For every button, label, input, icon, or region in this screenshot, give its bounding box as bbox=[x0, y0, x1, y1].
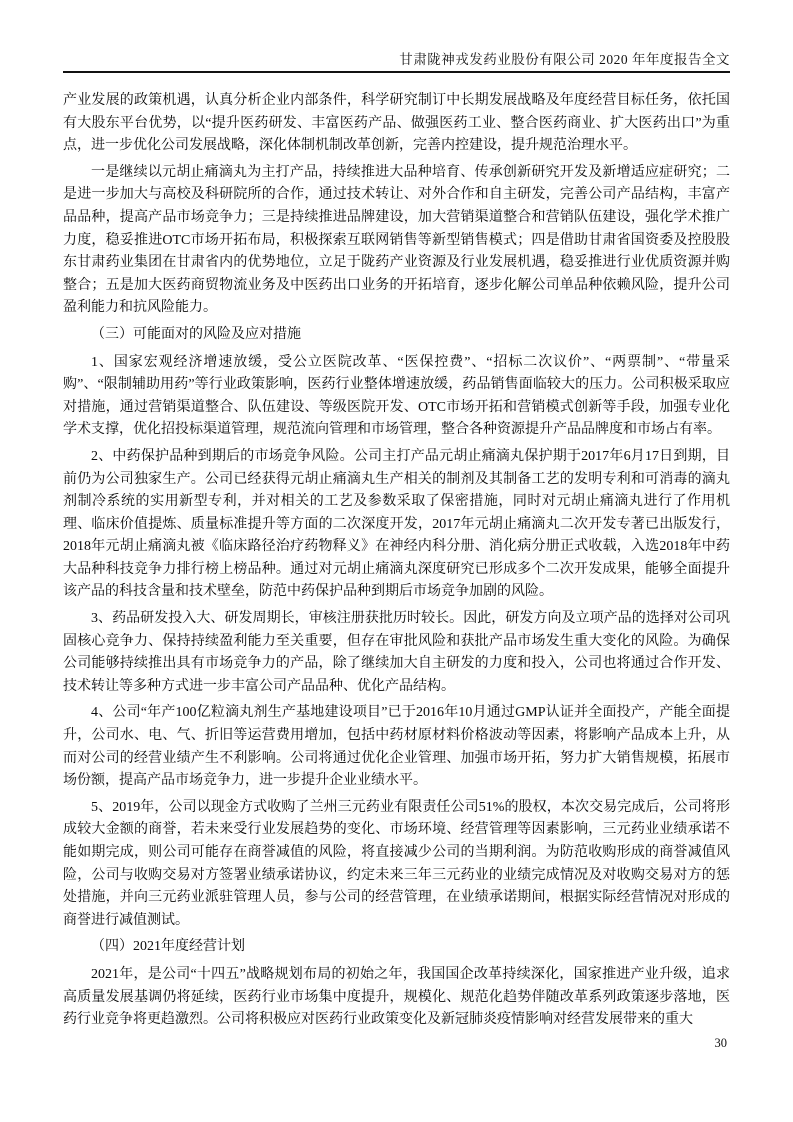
document-body: 产业发展的政策机遇，认真分析企业内部条件，科学研究制订中长期发展战略及年度经营目… bbox=[63, 90, 730, 1036]
section-heading-risks: （三）可能面对的风险及应对措施 bbox=[63, 324, 730, 347]
paragraph-risk-3-rnd: 3、药品研发投入大、研发周期长，审核注册获批历时较长。因此，研发方向及立项产品的… bbox=[63, 608, 730, 698]
report-page: 甘肃陇神戎发药业股份有限公司 2020 年年度报告全文 产业发展的政策机遇，认真… bbox=[0, 0, 793, 1122]
report-title: 甘肃陇神戎发药业股份有限公司 2020 年年度报告全文 bbox=[399, 48, 730, 68]
paragraph-risk-5-goodwill: 5、2019年，公司以现金方式收购了兰州三元药业有限责任公司51%的股权，本次交… bbox=[63, 797, 730, 933]
paragraph-key-work-measures: 一是继续以元胡止痛滴丸为主打产品，持续推进大品种培育、传承创新研究开发及新增适应… bbox=[63, 162, 730, 320]
paragraph-risk-1-policy: 1、国家宏观经济增速放缓，受公立医院改革、“医保控费”、“招标二次议价”、“两票… bbox=[63, 352, 730, 442]
paragraph-2021-plan: 2021年，是公司“十四五”战略规划布局的初始之年，我国国企改革持续深化，国家推… bbox=[63, 964, 730, 1032]
page-number: 30 bbox=[715, 1036, 728, 1051]
section-heading-2021-plan: （四）2021年度经营计划 bbox=[63, 936, 730, 959]
paragraph-risk-4-costs: 4、公司“年产100亿粒滴丸剂生产基地建设项目”已于2016年10月通过GMP认… bbox=[63, 702, 730, 792]
paragraph-strategy-continuation: 产业发展的政策机遇，认真分析企业内部条件，科学研究制订中长期发展战略及年度经营目… bbox=[63, 90, 730, 158]
page-header: 甘肃陇神戎发药业股份有限公司 2020 年年度报告全文 bbox=[63, 0, 730, 73]
paragraph-risk-2-protection-expiry: 2、中药保护品种到期后的市场竞争风险。公司主打产品元胡止痛滴丸保护期于2017年… bbox=[63, 446, 730, 604]
